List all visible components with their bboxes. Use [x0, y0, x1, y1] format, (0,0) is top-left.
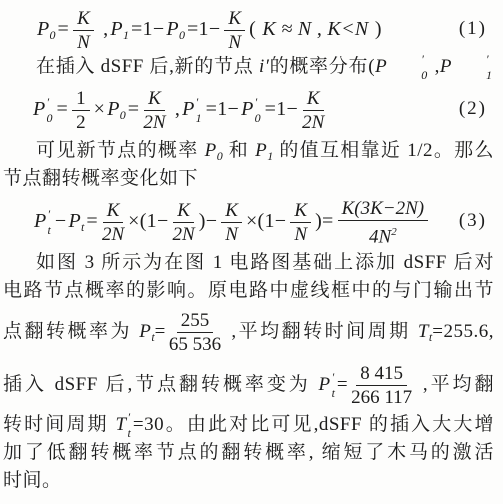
equation-3: P′t−Pt=K2N×(1−K2N)−KN×(1−KN)=K(3K−2N)4N2… — [3, 193, 494, 249]
eq2-var-P0-prime: P — [33, 98, 46, 120]
p2-text-a: 可见新节点的概率 — [36, 140, 205, 161]
fraction-denominator: 2N — [143, 111, 165, 133]
prime-mark: ′ — [196, 97, 202, 108]
denominator-base: 4N — [369, 226, 391, 247]
fraction-denominator: 65 536 — [169, 333, 221, 355]
paragraph-3-line-1: 如图 3 所示为在图 1 电路图基础上添加 dSFF 后对 — [3, 249, 494, 277]
fraction-1-over-2: 12 — [72, 88, 90, 133]
p1-text-c: , — [429, 56, 440, 77]
p3-text-l2: 电路节点概率的影响。原电路中虚线框中的与门输出节 — [3, 280, 494, 301]
p3-text-l5b: =30。由此对比可见,dSFF 的插入大大增 — [133, 414, 494, 435]
subscript-1: 1 — [196, 113, 202, 124]
paragraph-3-line-4: 插入 dSFF 后,节点翻转概率变为 P′t=8 415266 117 ,平均翻 — [3, 358, 494, 411]
eq3-equals: = — [86, 210, 98, 232]
p3-text-l4b: ,平均翻 — [415, 374, 494, 395]
fraction-numerator: 8 415 — [356, 363, 407, 386]
eq1-var-P0b: P — [166, 18, 179, 40]
eq3-Pt-prime-script: ′t — [48, 209, 51, 236]
subscript-t: t — [332, 388, 335, 399]
eq1-equals: = — [58, 18, 70, 40]
paragraph-1-line-1: 在插入 dSFF 后,新的节点 i′的概率分布(P′0 ,P′1)为 — [3, 53, 494, 81]
prime-mark: ′ — [48, 209, 51, 220]
superscript-2: 2 — [391, 226, 397, 238]
fraction-denominator: 2 — [76, 111, 86, 133]
prime-mark: ′ — [332, 372, 335, 383]
p2-var-P1: P — [255, 140, 267, 161]
eq3-op1: ×(1− — [128, 210, 168, 232]
fraction-K-over-N: KN — [221, 200, 242, 245]
p3-var-Pt-prime: P — [318, 374, 330, 395]
paragraph-3-line-6: 加了低翻转概率节点的翻转概率, 缩短了木马的激活 — [3, 439, 494, 467]
fraction-denominator: 2N — [102, 223, 124, 245]
eq1-sub-0: 0 — [50, 28, 56, 42]
fraction-K-over-2N: K2N — [102, 200, 124, 245]
subscript-1: 1 — [453, 70, 492, 81]
p1-var-P0-prime-base: P — [375, 56, 387, 77]
fraction-K-over-2N-2: K2N — [173, 200, 195, 245]
paragraph-3-line-3: 点翻转概率为 Pt=25565 536 ,平均翻转时间周期 Tt=255.6, — [3, 305, 494, 358]
p3-text-l3c: =255.6, — [432, 321, 494, 342]
fraction-numerator: K — [290, 200, 311, 223]
subscript-0: 0 — [47, 113, 53, 124]
fraction-denominator: N — [294, 223, 307, 245]
eq2-times: × — [94, 98, 106, 120]
p3-eq-sign: = — [155, 321, 166, 342]
eq2-op2: =1− — [265, 98, 298, 120]
p2-text-b: 和 — [223, 140, 255, 161]
prime-mark: ′ — [255, 97, 261, 108]
p3-text-l3a: 点翻转概率为 — [3, 321, 139, 342]
p1-P1-prime-script: ′1 — [453, 54, 492, 81]
fraction-numerator: K — [224, 8, 245, 31]
p2-var-P0: P — [205, 140, 217, 161]
p3-var-Tt-prime: T — [115, 414, 126, 435]
fraction-numerator: K(3K−2N) — [338, 198, 429, 221]
fraction-K-over-N-2: KN — [290, 200, 311, 245]
paragraph-2-line-1: 可见新节点的概率 P0 和 P1 的值互相靠近 1/2。那么 — [3, 137, 494, 165]
p2-text-c: 的值互相靠近 1/2。那么 — [273, 140, 494, 161]
fraction-numerator: K — [221, 200, 242, 223]
fraction-denominator: 2N — [302, 111, 324, 133]
eq1-op1: =1− — [131, 18, 164, 40]
p2-text-d: 节点翻转概率变化如下 — [3, 168, 198, 189]
p3-Tt-prime-script: ′t — [128, 412, 131, 439]
p1-var-i-prime: i′ — [259, 56, 269, 77]
fraction-numerator: K — [173, 200, 194, 223]
p3-text-l1: 如图 3 所示为在图 1 电路图基础上添加 dSFF 后对 — [36, 252, 494, 273]
prime-mark: ′ — [453, 54, 492, 65]
eq2-P0-prime-script-2: ′0 — [255, 97, 261, 124]
fraction-K-over-N-2: KN — [224, 8, 245, 53]
p1-P0-prime-script: ′0 — [388, 54, 427, 81]
eq3-op3: ×(1− — [246, 210, 286, 232]
p3-text-l7: 时间。 — [3, 470, 62, 491]
equation-2: P′0=12×P0=K2N ,P′1=1−P′0=1−K2N (2) — [3, 81, 494, 137]
p3-text-l6: 加了低翻转概率节点的翻转概率, 缩短了木马的激活 — [3, 442, 494, 463]
fraction-K-over-N: KN — [73, 8, 94, 53]
fraction-8415-over-266117: 8 415266 117 — [351, 363, 412, 408]
subscript-0: 0 — [255, 113, 261, 124]
eq3-var-Pt: P — [68, 210, 81, 232]
p3-text-l4a: 插入 dSFF 后,节点翻转概率变为 — [3, 374, 318, 395]
paragraph-3-line-5: 转时间周期 T′t=30。由此对比可见,dSFF 的插入大大增 — [3, 411, 494, 439]
eq1-sub-1: 1 — [123, 28, 129, 42]
p3-text-l3b: ,平均翻转时间周期 — [224, 321, 418, 342]
eq3-op4: )= — [315, 210, 334, 232]
fraction-denominator: 266 117 — [351, 386, 412, 408]
subscript-t: t — [81, 220, 84, 234]
p3-text-l5a: 转时间周期 — [3, 414, 115, 435]
fraction-numerator: K — [303, 88, 324, 111]
subscript-0: 0 — [120, 108, 126, 122]
eq3-var-Pt-prime: P — [34, 210, 47, 232]
eq1-op2: =1− — [187, 18, 220, 40]
eq2-comma: , — [170, 98, 181, 120]
eq2-var-P0: P — [107, 98, 120, 120]
p1-text-a: 在插入 dSFF 后,新的节点 — [36, 56, 259, 77]
eq1-var-P0: P — [37, 18, 50, 40]
subscript-t: t — [128, 428, 131, 439]
eq3-op2: )− — [199, 210, 218, 232]
prime-mark: ′ — [388, 54, 427, 65]
p3-var-Tt: T — [418, 321, 429, 342]
prime-mark: ′ — [47, 97, 53, 108]
fraction-numerator: K — [144, 88, 165, 111]
equation-number-3: (3) — [459, 193, 487, 249]
fraction-255-over-65536: 25565 536 — [169, 310, 221, 355]
eq2-P0-prime-script: ′0 — [47, 97, 53, 124]
prime-mark: ′ — [128, 412, 131, 423]
fraction-result: K(3K−2N)4N2 — [338, 198, 429, 247]
eq1-var-P1: P — [110, 18, 123, 40]
equation-number-2: (2) — [459, 81, 487, 137]
fraction-numerator: K — [73, 8, 94, 31]
eq1-cond-close: ) — [370, 18, 382, 40]
eq1-comma: , — [98, 18, 109, 40]
fraction-denominator: N — [225, 223, 238, 245]
fraction-numerator: 1 — [72, 88, 90, 111]
p3-eq-sign-2: = — [337, 374, 348, 395]
fraction-denominator: N — [228, 31, 241, 53]
p3-var-Pt: P — [139, 321, 151, 342]
eq1-condition: K ≈ N , K<N — [262, 18, 368, 40]
p1-var-P1-prime-base: P — [440, 56, 452, 77]
subscript-t: t — [48, 225, 51, 236]
eq3-minus: − — [55, 210, 67, 232]
p3-Pt-prime-script: ′t — [332, 372, 335, 399]
equation-number-1: (1) — [459, 5, 487, 53]
eq2-op1: =1− — [206, 98, 239, 120]
subscript-0: 0 — [388, 70, 427, 81]
eq1-cond-open: ( — [249, 18, 261, 40]
p1-text-b: 的概率分布( — [269, 56, 375, 77]
fraction-denominator: 4N2 — [369, 221, 397, 247]
fraction-numerator: 255 — [177, 310, 214, 333]
fraction-numerator: K — [103, 200, 124, 223]
eq2-equals-2: = — [128, 98, 140, 120]
article-text-column: P0=KN ,P1=1−P0=1−KN( K ≈ N , K<N ) (1) 在… — [0, 0, 503, 495]
eq2-equals-1: = — [57, 98, 69, 120]
paragraph-3-line-7: 时间。 — [3, 467, 494, 495]
fraction-K-over-2N-2: K2N — [302, 88, 324, 133]
paragraph-2-line-2: 节点翻转概率变化如下 — [3, 165, 494, 193]
eq2-var-P0-prime-2: P — [241, 98, 254, 120]
eq1-sub-0b: 0 — [179, 28, 185, 42]
fraction-denominator: N — [77, 31, 90, 53]
eq2-var-P1-prime: P — [182, 98, 195, 120]
fraction-K-over-2N: K2N — [143, 88, 165, 133]
eq2-P1-prime-script: ′1 — [196, 97, 202, 124]
paragraph-3-line-2: 电路节点概率的影响。原电路中虚线框中的与门输出节 — [3, 277, 494, 305]
equation-1: P0=KN ,P1=1−P0=1−KN( K ≈ N , K<N ) (1) — [3, 5, 494, 53]
fraction-denominator: 2N — [173, 223, 195, 245]
